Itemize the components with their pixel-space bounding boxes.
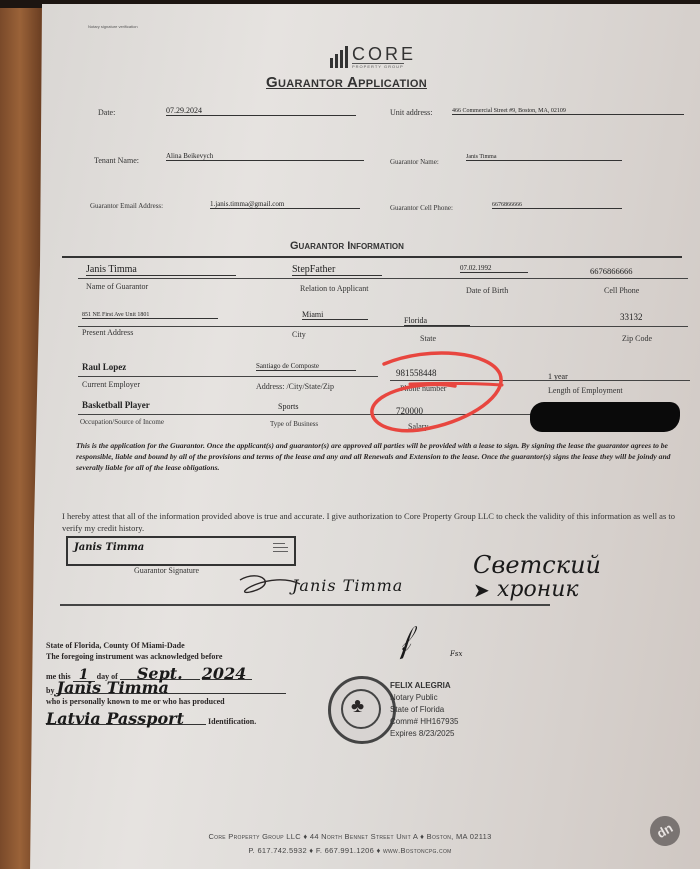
city-value: Miami (302, 310, 368, 320)
guarantor-name-field: Janis Timma (466, 154, 622, 161)
notary-signature-mark: Fsx (450, 650, 462, 658)
guarantor-signature-label: Guarantor Signature (134, 566, 199, 575)
header-note: Notary signature verification (88, 24, 138, 29)
by-text: by (46, 686, 54, 695)
zip-value: 33132 (620, 312, 643, 322)
notary-name: FELIX ALEGRIA (390, 680, 458, 692)
notary-expiry: Expires 8/23/2025 (390, 728, 458, 740)
notary-line1: State of Florida, County Of Miami-Dade (46, 640, 286, 651)
type-of-business-caption: Type of Business (270, 420, 318, 428)
core-logo: CORE PROPERTY GROUP (330, 44, 450, 70)
unit-address-field: 466 Commercial Street #9, Boston, MA, 02… (452, 108, 684, 115)
handwritten-guarantor-name: Janis Timma (292, 576, 403, 595)
notary-signature: 𝒻 (391, 623, 415, 660)
guarantor-cell-field: 6676866666 (492, 202, 622, 209)
occupation-caption: Occupation/Source of Income (80, 418, 164, 426)
notary-year: 2024 (202, 668, 252, 680)
identification-line: Latvia Passport Identification. (46, 713, 286, 727)
footer-address: Core Property Group LLC ♦ 44 North Benne… (30, 832, 670, 841)
date-label: Date: (98, 108, 115, 117)
current-employer-value: Raul Lopez (82, 362, 126, 372)
notary-acknowledgement: State of Florida, County Of Miami-Dade T… (46, 640, 286, 727)
watermark-channel-name: Светский ➤ хроник (473, 552, 633, 602)
logo-subtitle: PROPERTY GROUP (352, 63, 404, 69)
e-signature-name: Janis Timma (74, 542, 144, 553)
notary-by-line: by Janis Timma (46, 682, 286, 696)
notary-commission: Comm# HH167935 (390, 716, 458, 728)
telegram-plane-icon: ➤ (473, 578, 490, 602)
phone-number-caption: Phone number (400, 384, 446, 393)
employer-address-caption: Address: /City/State/Zip (256, 382, 334, 391)
dob-caption: Date of Birth (466, 286, 508, 295)
salary-caption: Salary (408, 422, 428, 431)
relation-value: StepFather (292, 264, 382, 276)
e-signature-stamp: ▬▬▬▬▬▬▬▬▬▬▬▬▬▬ (273, 541, 288, 553)
dob-value: 07.02.1992 (460, 264, 528, 273)
guarantor-name-caption: Name of Guarantor (86, 282, 148, 291)
present-address-caption: Present Address (82, 328, 133, 337)
length-of-employment-caption: Length of Employment (548, 386, 623, 395)
notary-seal: ♣ (328, 676, 396, 744)
document-title: Guarantor Application (266, 74, 427, 91)
watermark-line2: хроник (497, 577, 579, 602)
guarantor-application-page: Notary signature verification CORE PROPE… (30, 4, 700, 869)
e-signature-box: Janis Timma ▬▬▬▬▬▬▬▬▬▬▬▬▬▬ (66, 536, 296, 566)
employer-address-value: Santiago de Composte (256, 362, 356, 371)
guarantor-disclaimer: This is the application for the Guaranto… (76, 440, 686, 473)
state-caption: State (420, 334, 436, 343)
cell-phone-value: 6676866666 (590, 266, 633, 276)
unit-address-label: Unit address: (390, 108, 432, 117)
tenant-name-field: Alina Beikevych (166, 152, 364, 161)
notary-by-name: Janis Timma (56, 682, 286, 694)
notary-line2: The foregoing instrument was acknowledge… (46, 651, 286, 662)
city-caption: City (292, 330, 306, 339)
footer-contact: P. 617.742.5932 ♦ F. 667.991.1206 ♦ www.… (30, 846, 670, 855)
occupation-value: Basketball Player (82, 400, 150, 410)
section-rule (62, 256, 682, 258)
signature-line (60, 604, 550, 606)
current-employer-caption: Current Employer (82, 380, 140, 389)
guarantor-name-label: Guarantor Name: (390, 158, 439, 166)
notary-title: Notary Public (390, 692, 458, 704)
identification-label: Identification. (208, 717, 256, 726)
type-of-business-value: Sports (278, 402, 298, 411)
watermark-line2-wrap: ➤ хроник (473, 578, 633, 602)
guarantor-name-value: Janis Timma (86, 264, 236, 276)
watermark-line1: Светский (473, 552, 633, 578)
notary-line4: who is personally known to me or who has… (46, 696, 286, 707)
redaction-mark (530, 402, 680, 432)
attestation-text: I hereby attest that all of the informat… (62, 510, 682, 534)
notary-stamp-info: FELIX ALEGRIA Notary Public State of Flo… (390, 680, 458, 740)
guarantor-information-title: Guarantor Information (290, 240, 404, 252)
logo-name: CORE (352, 44, 416, 65)
tenant-name-label: Tenant Name: (94, 156, 139, 165)
notary-state: State of Florida (390, 704, 458, 716)
guarantor-email-label: Guarantor Email Address: (90, 202, 163, 210)
relation-caption: Relation to Applicant (300, 284, 368, 293)
phone-number-value: 981558448 (396, 368, 437, 378)
guarantor-email-field: 1.janis.timma@gmail.com (210, 200, 360, 209)
palm-tree-icon: ♣ (341, 689, 381, 729)
state-value: Florida (404, 316, 470, 326)
date-field: 07.29.2024 (166, 106, 356, 116)
present-address-value: 851 NE First Ave Unit 1801 (82, 312, 218, 319)
logo-bars-icon (330, 46, 350, 68)
cell-phone-caption: Cell Phone (604, 286, 639, 295)
guarantor-cell-label: Guarantor Cell Phone: (390, 204, 453, 212)
identification-value: Latvia Passport (46, 713, 206, 725)
zip-caption: Zip Code (622, 334, 652, 343)
